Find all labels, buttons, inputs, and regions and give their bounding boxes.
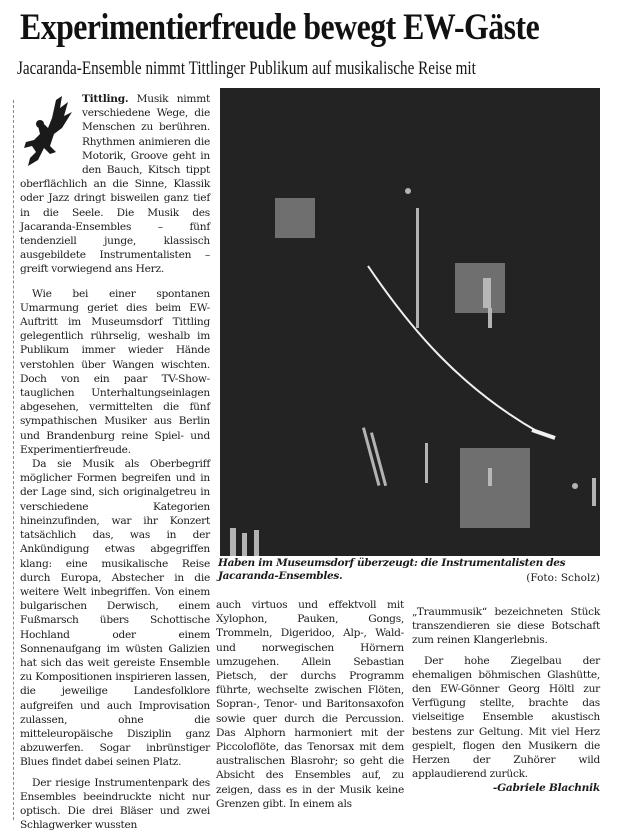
paragraph: Der hohe Ziegelbau der ehemaligen böhmis…: [412, 654, 600, 782]
subheadline: Jacaranda-Ensemble nimmt Tittlinger Publ…: [17, 58, 525, 80]
photo-credit: (Foto: Scholz): [526, 572, 600, 584]
paragraph: Wie bei einer spontanen Umarmung geriet …: [20, 287, 210, 457]
paragraph: Da sie Musik als Oberbegriff möglicher F…: [20, 457, 210, 769]
article-column-1: Tittling. Musik nimmt verschiedene Wege,…: [20, 92, 210, 832]
paragraph: „Traummusik“ bezeichneten Stück transzen…: [412, 605, 600, 648]
column-rule: [13, 100, 14, 820]
article-column-3: „Traummusik“ bezeichneten Stück transzen…: [412, 605, 600, 796]
paragraph: auch virtuos und effektvoll mit Xylophon…: [216, 598, 404, 811]
headline: Experimentierfreude bewegt EW-Gäste: [20, 8, 536, 48]
angel-trumpet-icon: [16, 94, 78, 176]
dateline: Tittling.: [82, 93, 128, 105]
concert-photo: [220, 88, 600, 556]
byline: -Gabriele Blachnik: [412, 781, 600, 795]
article-column-2: auch virtuos und effektvoll mit Xylophon…: [216, 598, 404, 811]
paragraph: Der riesige Instrumentenpark des Ensembl…: [20, 776, 210, 833]
